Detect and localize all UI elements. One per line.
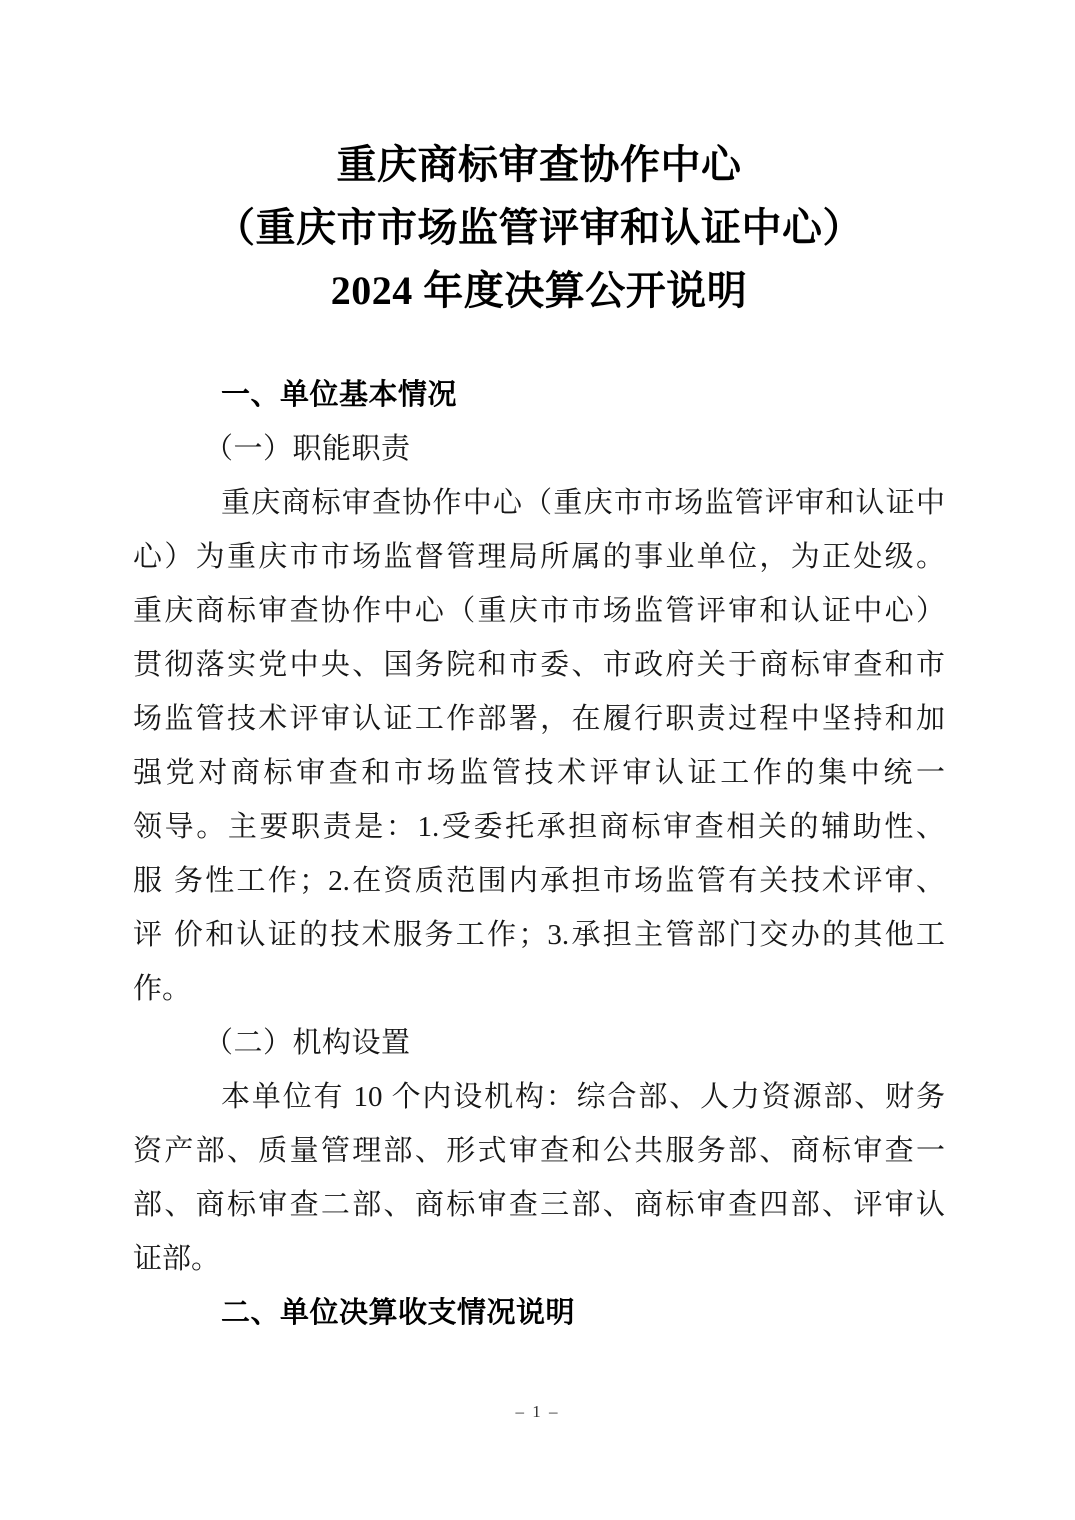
- section-1-sub-2-heading: （二）机构设置: [133, 1016, 945, 1070]
- paragraph-1-line: 重庆商标审查协作中心（重庆市市场监管评审和认证中心）: [133, 584, 945, 638]
- paragraph-1-line: 强党对商标审查和市场监管技术评审认证工作的集中统一: [133, 746, 945, 800]
- section-1-heading: 一、单位基本情况: [133, 368, 945, 422]
- section-2-heading: 二、单位决算收支情况说明: [133, 1286, 945, 1340]
- title-line-1: 重庆商标审查协作中心: [133, 133, 945, 196]
- paragraph-1-line: 服 务性工作；2.在资质范围内承担市场监管有关技术评审、: [133, 854, 945, 908]
- document-page: 重庆商标审查协作中心 （重庆市市场监管评审和认证中心） 2024 年度决算公开说…: [0, 0, 1075, 1520]
- title-line-3: 2024 年度决算公开说明: [133, 259, 945, 322]
- document-body: 一、单位基本情况 （一）职能职责 重庆商标审查协作中心（重庆市市场监管评审和认证…: [133, 368, 945, 1340]
- paragraph-1-line: 评 价和认证的技术服务工作；3.承担主管部门交办的其他工: [133, 908, 945, 962]
- paragraph-1-line: 重庆商标审查协作中心（重庆市市场监管评审和认证中: [133, 476, 945, 530]
- title-line-2: （重庆市市场监管评审和认证中心）: [133, 196, 945, 259]
- document-title: 重庆商标审查协作中心 （重庆市市场监管评审和认证中心） 2024 年度决算公开说…: [133, 0, 945, 322]
- section-1-sub-1-heading: （一）职能职责: [133, 422, 945, 476]
- paragraph-1-last-line: 作。: [133, 962, 945, 1016]
- paragraph-2-line: 部、商标审查二部、商标审查三部、商标审查四部、评审认: [133, 1178, 945, 1232]
- document-content: 重庆商标审查协作中心 （重庆市市场监管评审和认证中心） 2024 年度决算公开说…: [133, 0, 945, 1340]
- paragraph-1-line: 领导。主要职责是：1.受委托承担商标审查相关的辅助性、: [133, 800, 945, 854]
- paragraph-1-line: 场监管技术评审认证工作部署，在履行职责过程中坚持和加: [133, 692, 945, 746]
- paragraph-1-line: 心）为重庆市市场监督管理局所属的事业单位，为正处级。: [133, 530, 945, 584]
- paragraph-2-line: 本单位有 10 个内设机构：综合部、人力资源部、财务: [133, 1070, 945, 1124]
- paragraph-2-line: 资产部、质量管理部、形式审查和公共服务部、商标审查一: [133, 1124, 945, 1178]
- paragraph-2-last-line: 证部。: [133, 1232, 945, 1286]
- paragraph-1-line: 贯彻落实党中央、国务院和市委、市政府关于商标审查和市: [133, 638, 945, 692]
- page-number: – 1 –: [0, 1402, 1075, 1422]
